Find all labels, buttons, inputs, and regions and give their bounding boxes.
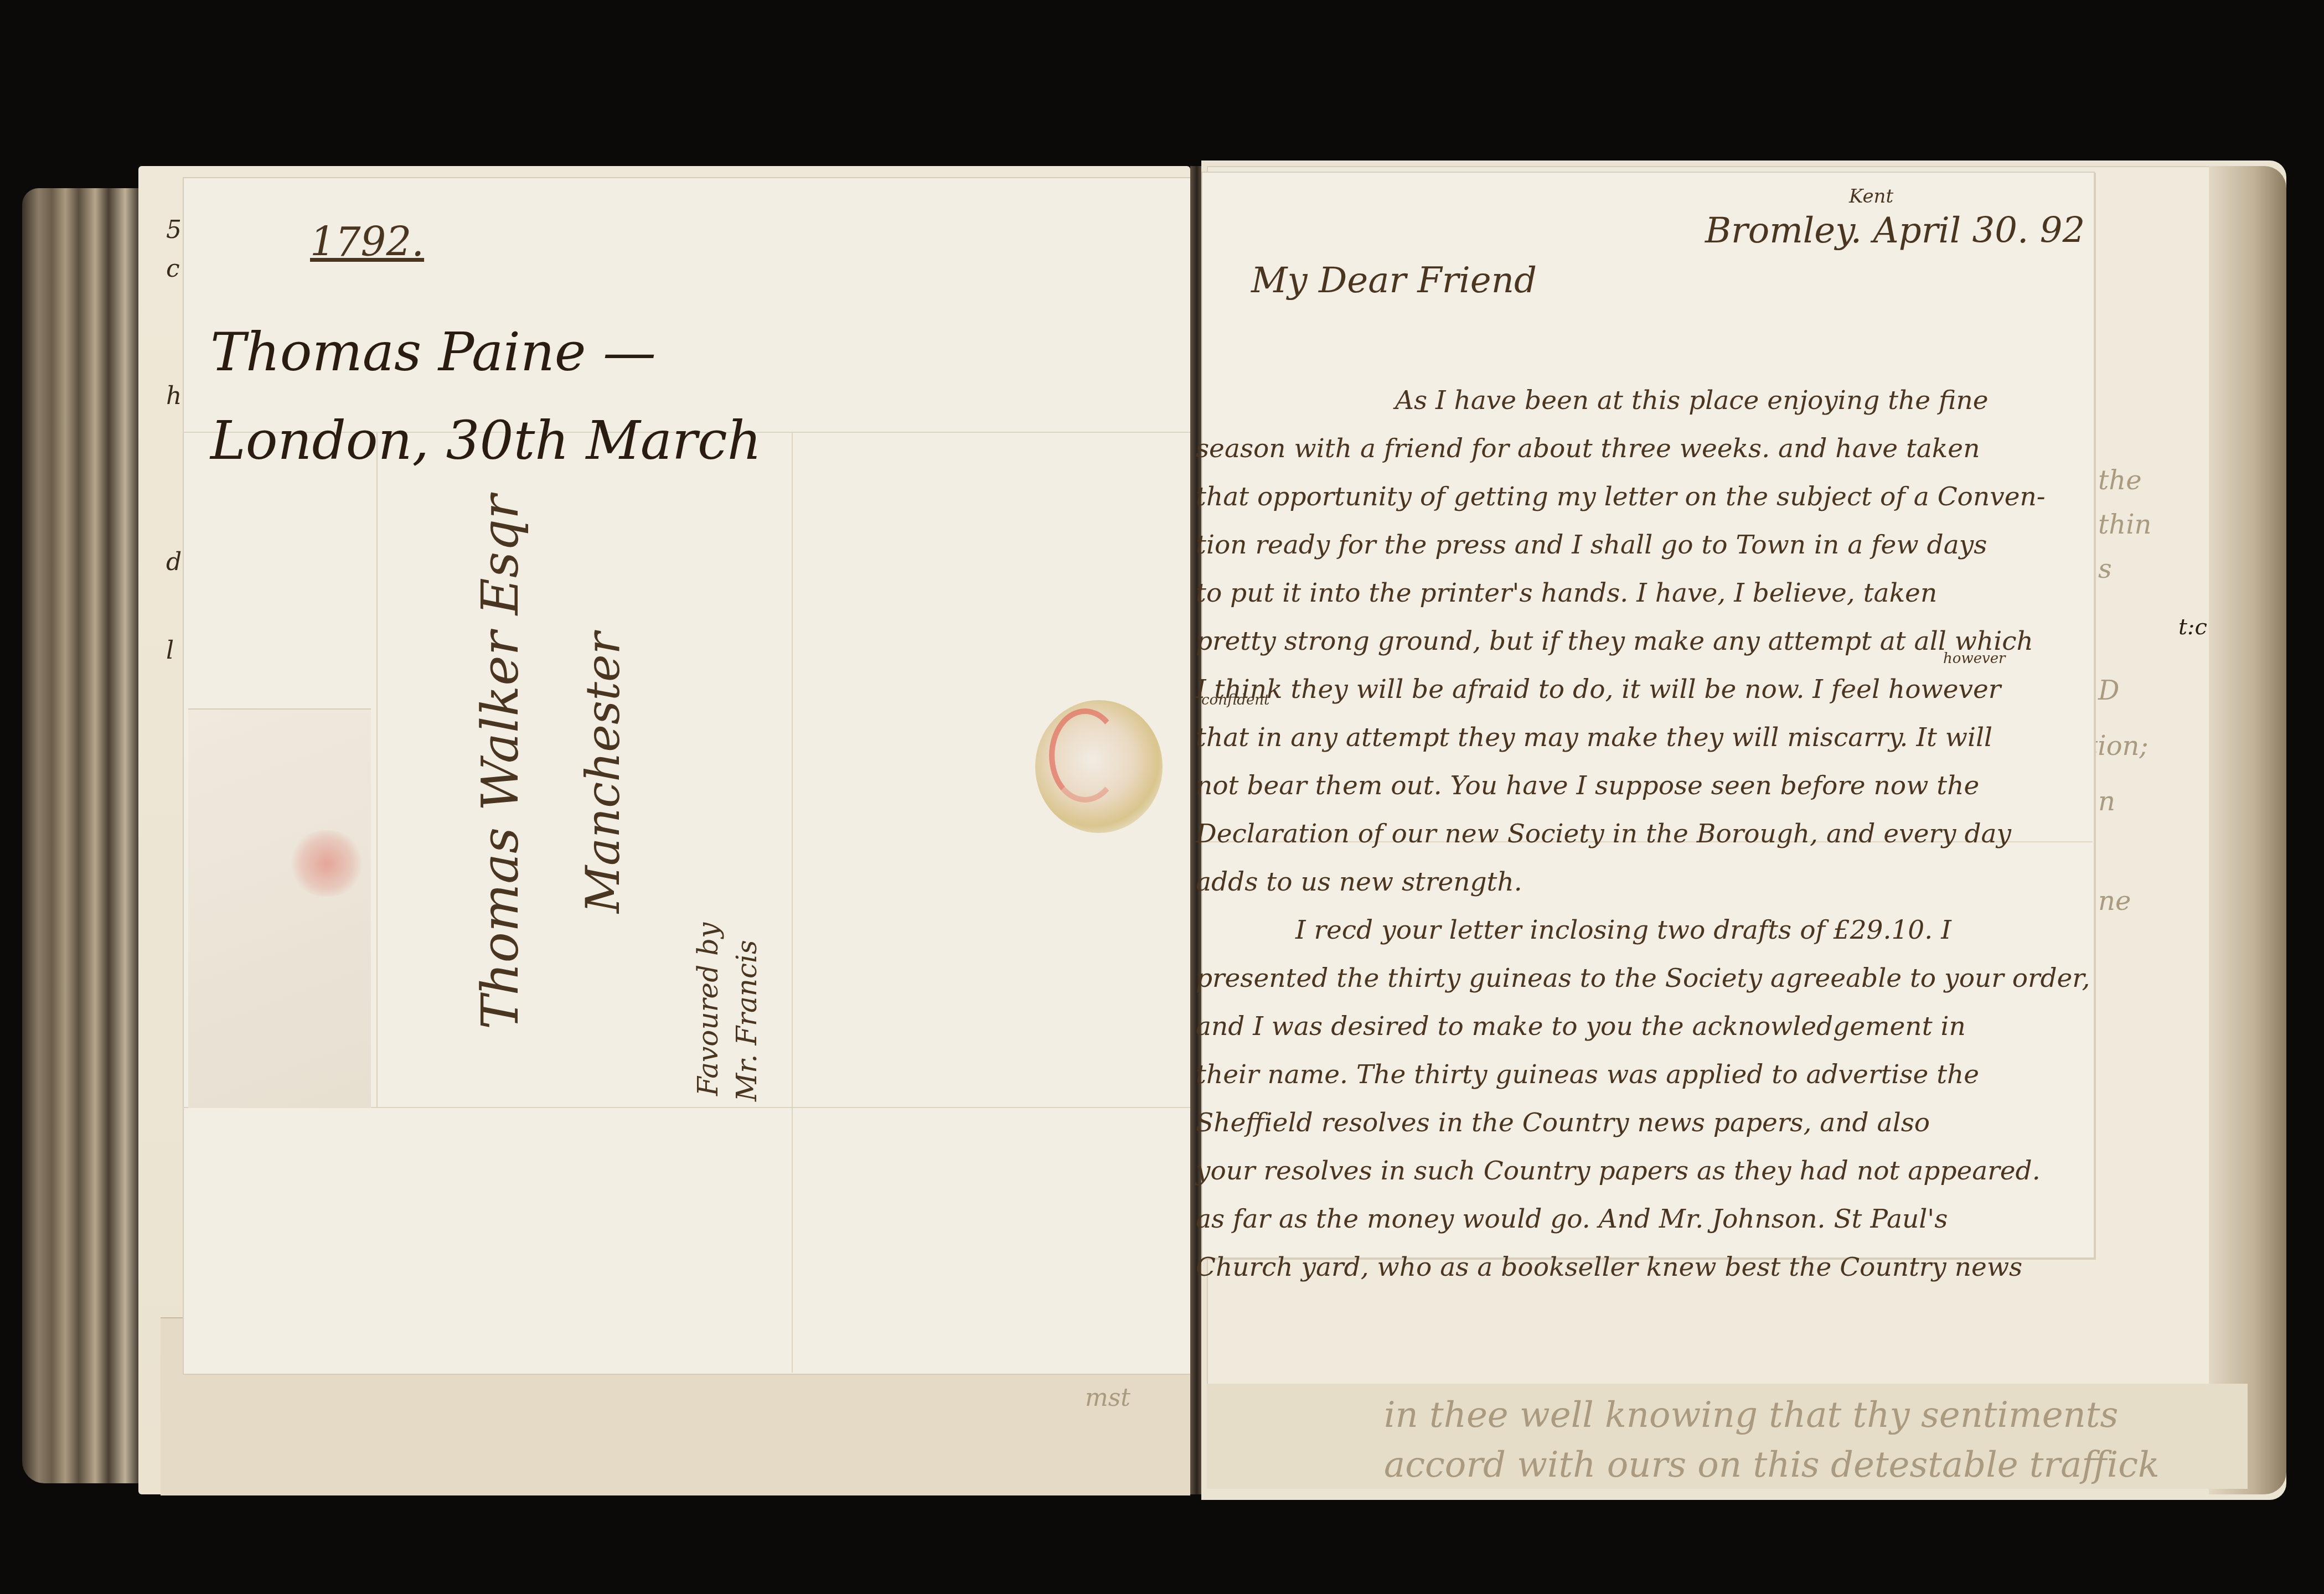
bottom-note: mst	[1085, 1384, 1130, 1412]
margin-mark: l	[166, 636, 174, 665]
letter-line: adds to us new strength.	[1196, 858, 2093, 906]
fold-line	[792, 432, 793, 1373]
underlying-text-line: accord with ours on this detestable traf…	[1384, 1445, 2160, 1486]
margin-mark: t:c	[2178, 614, 2207, 640]
docket-year: 1792.	[310, 219, 424, 265]
letter-line: Declaration of our new Society in the Bo…	[1196, 810, 2093, 858]
margin-mark: h	[166, 382, 182, 410]
favoured-by-label: Favoured by	[692, 923, 724, 1096]
favoured-by-name: Mr. Francis	[731, 940, 763, 1101]
letter-salutation: My Dear Friend	[1251, 260, 1537, 301]
letter-line: As I have been at this place enjoying th…	[1196, 376, 2093, 425]
address-recipient: Thomas Walker Esqr	[471, 495, 530, 1029]
margin-fragment: D	[2098, 675, 2119, 706]
letter-place-superscript: Kent	[1849, 185, 1893, 208]
letter-line: as far as the money would go. And Mr. Jo…	[1196, 1195, 2093, 1243]
letter-place-date: Bromley. April 30. 92	[1705, 210, 2085, 251]
fold-line	[376, 432, 378, 1107]
address-city: Manchester	[576, 632, 630, 913]
underlying-text-line: in thee well knowing that thy sentiments	[1384, 1395, 2118, 1436]
letter-body: As I have been at this place enjoying th…	[1196, 376, 2093, 1291]
red-stain-mark	[288, 830, 365, 897]
envelope-flap	[188, 708, 371, 1108]
margin-fragment: n	[2098, 786, 2115, 817]
letter-line: that opportunity of getting my letter on…	[1196, 473, 2093, 521]
margin-mark: c	[166, 255, 180, 283]
docket-author: Thomas Paine —	[210, 321, 656, 383]
letter-line: presented the thirty guineas to the Soci…	[1196, 954, 2093, 1002]
margin-fragment: the	[2098, 465, 2142, 496]
margin-mark: d	[166, 548, 182, 576]
margin-fragment: tion;	[2087, 731, 2149, 762]
letter-line: not bear them out. You have I suppose se…	[1196, 762, 2093, 810]
margin-fragment: ne	[2098, 886, 2131, 917]
docket-place-date: London, 30th March	[210, 410, 762, 472]
letter-line: I recd your letter inclosing two drafts …	[1196, 906, 2093, 954]
letter-line: tion ready for the press and I shall go …	[1196, 521, 2093, 569]
letter-line: and I was desired to make to you the ack…	[1196, 1002, 2093, 1050]
letter-line: their name. The thirty guineas was appli…	[1196, 1050, 2093, 1099]
margin-fragment: s	[2098, 553, 2112, 584]
interlinear-insertion: confident	[1201, 692, 1270, 708]
right-page-stack-edge	[2209, 166, 2286, 1494]
letter-line: Church yard, who as a bookseller knew be…	[1196, 1243, 2093, 1291]
wax-seal-icon	[1035, 700, 1163, 833]
letter-line: your resolves in such Country papers as …	[1196, 1147, 2093, 1195]
margin-fragment: thin	[2098, 509, 2151, 540]
letter-line: Sheffield resolves in the Country news p…	[1196, 1099, 2093, 1147]
letter-line: I think they will be afraid to do, it wi…	[1196, 665, 2093, 713]
letter-line: that in any attempt they may make they w…	[1196, 713, 2093, 762]
interlinear-insertion: however	[1943, 650, 2006, 667]
letter-line: season with a friend for about three wee…	[1196, 425, 2093, 473]
letter-line: to put it into the printer's hands. I ha…	[1196, 569, 2093, 617]
margin-mark: 5	[166, 216, 182, 244]
